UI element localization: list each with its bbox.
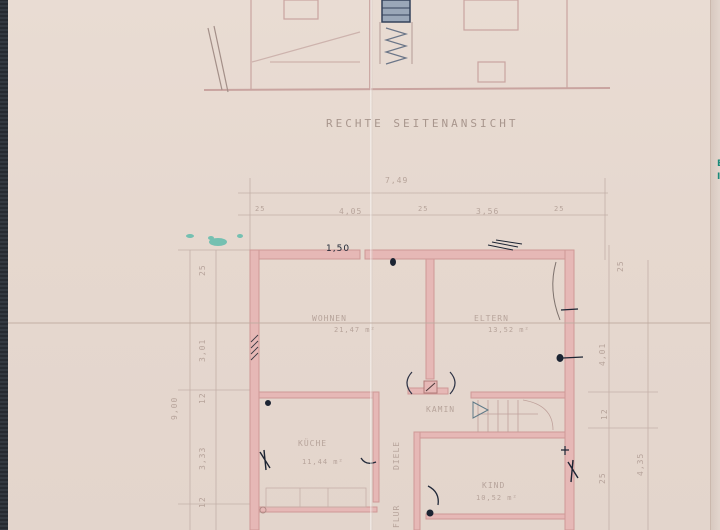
room-area-eltern: 13,52 m² xyxy=(488,326,530,334)
elevation-title: RECHTE SEITENANSICHT xyxy=(326,117,518,130)
room-area-kind: 10,52 m² xyxy=(476,494,518,502)
paper-fold-horizontal xyxy=(8,322,720,324)
electrical-markings xyxy=(260,240,583,516)
green-marker-smudge xyxy=(186,234,243,246)
staircase xyxy=(473,400,553,432)
room-area-wohnen: 21,47 m² xyxy=(334,326,376,334)
dimension-right-seg-5: 4,35 xyxy=(636,453,645,476)
dimension-left-seg-3: 12 xyxy=(198,392,207,404)
dimension-top-overall: 7,49 xyxy=(385,176,408,185)
room-area-kueche: 11,44 m² xyxy=(302,458,344,466)
dimension-right-seg-1: 25 xyxy=(616,260,625,272)
paper-fold-vertical xyxy=(370,0,373,530)
room-label-kueche: KÜCHE xyxy=(298,439,327,448)
room-label-flur: FLUR xyxy=(392,505,401,528)
chimney-elevation xyxy=(380,0,412,64)
dimension-left-seg-1: 25 xyxy=(198,264,207,276)
room-label-kamin: KAMIN xyxy=(426,405,455,414)
door-swings xyxy=(361,262,560,505)
dimension-right-seg-2: 4,01 xyxy=(598,343,607,366)
room-label-kind: KIND xyxy=(482,481,505,490)
dimension-top-seg-2: 4,05 xyxy=(339,207,362,216)
dimension-left-overall: 9,00 xyxy=(170,397,179,420)
dimension-left-seg-5: 12 xyxy=(198,496,207,508)
paper-edge-right xyxy=(710,0,720,530)
dimension-left-seg-2: 3,01 xyxy=(198,339,207,362)
dimension-right-seg-3: 12 xyxy=(600,408,609,420)
dimension-left-seg-4: 3,33 xyxy=(198,447,207,470)
floor-plan-drawing xyxy=(8,0,720,530)
room-label-diele: DIELE xyxy=(392,441,401,470)
dimension-top-seg-1: 25 xyxy=(255,205,265,213)
dimension-top-seg-5: 25 xyxy=(554,205,564,213)
photo-binding-edge xyxy=(0,0,8,530)
kitchen-counter xyxy=(266,488,366,507)
room-label-wohnen: WOHNEN xyxy=(312,314,347,323)
ink-annotation: 1,50 xyxy=(326,244,350,254)
dimension-top-seg-4: 3,56 xyxy=(476,207,499,216)
blueprint-sheet: RECHTE SEITENANSICHT 7,49 25 4,05 25 3,5… xyxy=(8,0,720,530)
dimension-right-seg-4: 25 xyxy=(598,472,607,484)
room-label-eltern: ELTERN xyxy=(474,314,509,323)
dimension-top-seg-3: 25 xyxy=(418,205,428,213)
